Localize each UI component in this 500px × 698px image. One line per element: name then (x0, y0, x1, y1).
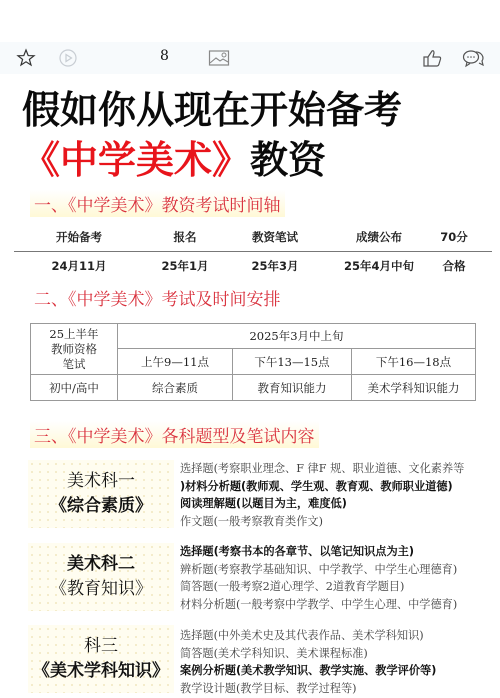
subject-2-content: 选择题(考察书本的各章节、以笔记知识点为主) 辨析题(考察教学基础知识、中学教学… (180, 543, 500, 613)
corner-line: 笔试 (31, 357, 117, 372)
question-type: 选择题(考察职业理念、F 律F 规、职业道德、文化素养等 (180, 460, 500, 478)
schedule-subject-cell: 教育知识能力 (233, 375, 352, 401)
page-title-line2: 《中学美术》教资 (22, 138, 326, 182)
section-heading-schedule: 二、《中学美术》考试及时间安排 (30, 284, 285, 311)
star-icon[interactable] (16, 48, 36, 68)
subject-title: 《综合素质》 (28, 493, 174, 519)
question-type: 简答题(美术学科知识、美术课程标准) (180, 645, 500, 663)
play-icon[interactable] (58, 48, 78, 68)
subject-card-1: 美术科一 《综合素质》 (28, 460, 174, 528)
timeline-divider (14, 251, 492, 252)
question-type: 教学设计题(教学目标、教学过程等) (180, 680, 500, 698)
timeline-header: 成绩公布 (324, 229, 434, 245)
subject-1-content: 选择题(考察职业理念、F 律F 规、职业道德、文化素养等 )材料分析题(教师观、… (180, 460, 500, 530)
subject-name: 科三 (28, 634, 174, 658)
schedule-table: 25上半年 教师资格 笔试 2025年3月中上旬 上午9—11点 下午13—15… (30, 323, 476, 401)
section-heading-subjects: 三、《中学美术》各科题型及笔试内容 (30, 421, 319, 448)
schedule-subject-cell: 美术学科知识能力 (352, 375, 476, 401)
page-title-line1: 假如你从现在开始备考 (22, 88, 402, 132)
image-icon[interactable] (208, 48, 228, 68)
title-subject: 《中学美术》 (22, 138, 250, 182)
schedule-time-cell: 下午16—18点 (352, 349, 476, 375)
question-type: )材料分析题(教师观、学生观、教育观、教师职业道德) (180, 478, 500, 496)
question-type: 材料分析题(一般考察中学教学、中学生心理、中学德育) (180, 596, 500, 614)
timeline-header-row: 开始备考 报名 教资笔试 成绩公布 70分 (14, 225, 492, 249)
subject-card-2: 美术科二 《教育知识》 (28, 543, 174, 611)
question-type: 选择题(考察书本的各章节、以笔记知识点为主) (180, 543, 500, 561)
timeline-header: 开始备考 (14, 229, 144, 245)
timeline-value: 25年1月 (144, 258, 226, 274)
question-type: 选择题(中外美术史及其代表作品、美术学科知识) (180, 627, 500, 645)
timeline-header: 教资笔试 (226, 229, 324, 245)
section-heading-timeline: 一、《中学美术》教资考试时间轴 (30, 190, 285, 217)
viewer-toolbar: 8 (0, 42, 500, 74)
subject-name: 美术科二 (28, 552, 174, 576)
subject-title: 《教育知识》 (28, 576, 174, 602)
corner-line: 教师资格 (31, 342, 117, 357)
timeline-value: 25年3月 (226, 258, 324, 274)
timeline-value: 24月11月 (14, 258, 144, 274)
title-suffix: 教资 (250, 138, 326, 182)
schedule-time-cell: 下午13—15点 (233, 349, 352, 375)
corner-line: 25上半年 (31, 327, 117, 342)
subject-3-content: 选择题(中外美术史及其代表作品、美术学科知识) 简答题(美术学科知识、美术课程标… (180, 627, 500, 697)
question-type: 阅读理解题(以题目为主，难度低) (180, 495, 500, 513)
subject-name: 美术科一 (28, 469, 174, 493)
schedule-row-label: 初中/高中 (31, 375, 118, 401)
timeline-value: 25年4月中旬 (324, 258, 434, 274)
thumbs-up-icon[interactable] (422, 48, 442, 68)
timeline-table: 开始备考 报名 教资笔试 成绩公布 70分 24月11月 25年1月 25年3月… (14, 225, 492, 278)
schedule-corner-cell: 25上半年 教师资格 笔试 (31, 324, 118, 375)
timeline-value: 合格 (434, 258, 474, 274)
subject-title: 《美术学科知识》 (28, 658, 174, 684)
question-type: 案例分析题(美术教学知识、教学实施、教学评价等) (180, 662, 500, 680)
schedule-date-cell: 2025年3月中上旬 (118, 324, 476, 349)
timeline-value-row: 24月11月 25年1月 25年3月 25年4月中旬 合格 (14, 254, 492, 278)
comment-icon[interactable] (462, 48, 482, 68)
subject-card-3: 科三 《美术学科知识》 (28, 625, 174, 693)
schedule-subject-cell: 综合素质 (118, 375, 233, 401)
schedule-time-cell: 上午9—11点 (118, 349, 233, 375)
question-type: 辨析题(考察教学基础知识、中学教学、中学生心理德育) (180, 561, 500, 579)
page-number: 8 (160, 48, 169, 64)
question-type: 作文题(一般考察教育类作文) (180, 513, 500, 531)
timeline-header: 报名 (144, 229, 226, 245)
timeline-header: 70分 (434, 229, 474, 245)
question-type: 简答题(一般考察2道心理学、2道教育学题目) (180, 578, 500, 596)
